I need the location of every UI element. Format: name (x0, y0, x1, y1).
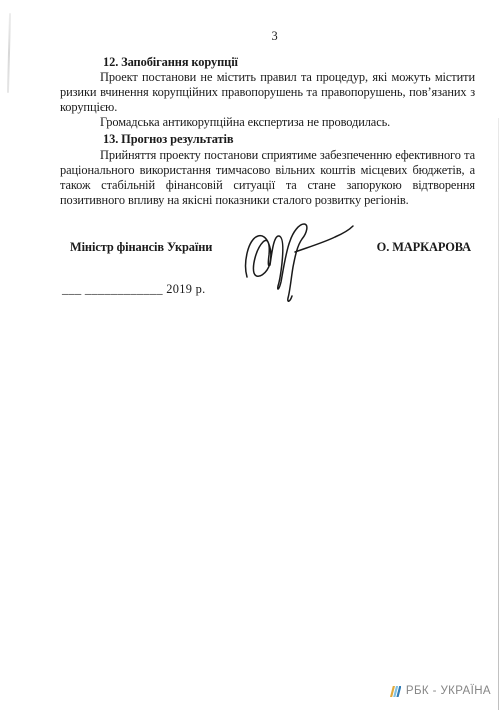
rbc-ukraine-logo-icon (390, 686, 401, 697)
paragraph-line: Громадська антикорупційна експертиза не … (60, 115, 475, 130)
signatory-name: О. МАРКАРОВА (377, 240, 471, 255)
paragraph: Прийняття проекту постанови сприятиме за… (60, 148, 475, 208)
section-12-heading: 12. Запобігання корупції (60, 55, 475, 70)
signature-handwriting-icon (243, 219, 355, 305)
paragraph-line: раціонального використання тимчасово віл… (60, 163, 475, 178)
paragraph-line: Прийняття проекту постанови сприятиме за… (60, 148, 475, 163)
paragraph-line: ризики вчинення корупційних правопорушен… (60, 85, 475, 100)
scan-artifact-left (7, 13, 11, 93)
rbc-ukraine-watermark: РБК - УКРАЇНА (390, 685, 491, 697)
section-13-heading: 13. Прогноз результатів (60, 132, 475, 147)
paragraph: Проект постанови не містить правил та пр… (60, 70, 475, 130)
paragraph-line: позитивного впливу на якісні показники с… (60, 193, 475, 208)
paragraph-line: також стабільній фінансовій ситуації та … (60, 178, 475, 193)
scan-artifact-right (498, 118, 500, 710)
document-page: 3 12. Запобігання корупції Проект постан… (0, 0, 502, 710)
paragraph-line: корупцією. (60, 100, 475, 115)
watermark-label: РБК - УКРАЇНА (406, 685, 491, 697)
signatory-title: Міністр фінансів України (70, 240, 212, 255)
page-number: 3 (74, 29, 475, 44)
paragraph-line: Проект постанови не містить правил та пр… (60, 70, 475, 85)
